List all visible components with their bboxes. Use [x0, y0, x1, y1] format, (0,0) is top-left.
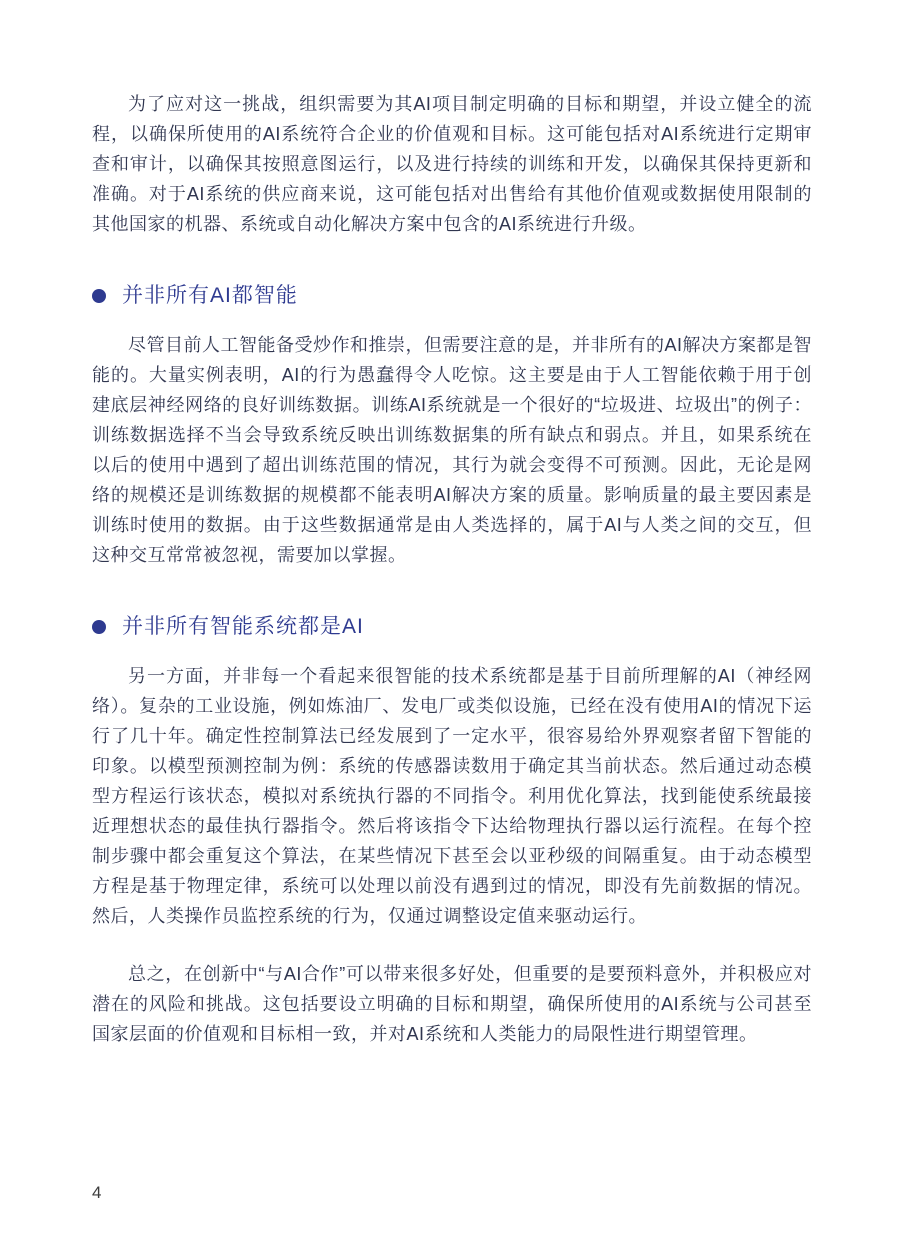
conclusion-paragraph: 总之，在创新中“与AI合作”可以带来很多好处，但重要的是要预料意外，并积极应对潜…: [92, 959, 812, 1049]
page-content: 为了应对这一挑战，组织需要为其AI项目制定明确的目标和期望，并设立健全的流程，以…: [92, 89, 812, 1049]
section-title: 并非所有AI都智能: [122, 281, 298, 311]
section-title: 并非所有智能系统都是AI: [122, 612, 364, 642]
intro-paragraph: 为了应对这一挑战，组织需要为其AI项目制定明确的目标和期望，并设立健全的流程，以…: [92, 89, 812, 239]
bullet-icon: [92, 289, 106, 303]
bullet-icon: [92, 620, 106, 634]
section-paragraph: 另一方面，并非每一个看起来很智能的技术系统都是基于目前所理解的AI（神经网络）。…: [92, 661, 812, 931]
section-paragraph: 尽管目前人工智能备受炒作和推崇，但需要注意的是，并非所有的AI解决方案都是智能的…: [92, 330, 812, 570]
page-number: 4: [92, 1183, 101, 1203]
document-page: 为了应对这一挑战，组织需要为其AI项目制定明确的目标和期望，并设立健全的流程，以…: [0, 0, 902, 1257]
section-heading-not-all-ai-is-smart: 并非所有AI都智能: [92, 281, 812, 311]
section-heading-not-all-smart-systems-are-ai: 并非所有智能系统都是AI: [92, 612, 812, 642]
